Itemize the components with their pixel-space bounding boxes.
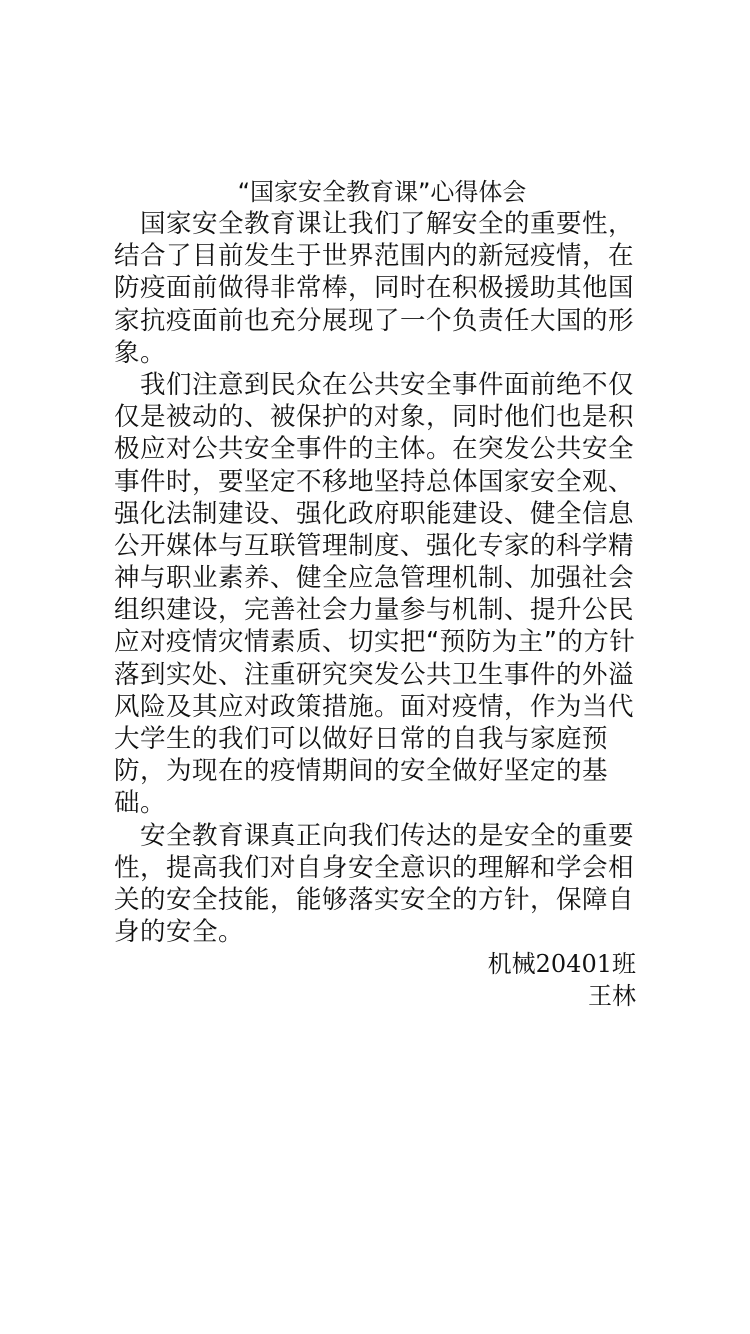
- text-line: 家抗疫面前也充分展现了一个负责任大国的形: [114, 305, 654, 337]
- text-line: 落到实处、注重研究突发公共卫生事件的外溢: [114, 659, 654, 691]
- text-line: 风险及其应对政策措施。面对疫情，作为当代: [114, 691, 654, 723]
- signature-author: 王林: [114, 980, 636, 1012]
- text-line: 组织建设，完善社会力量参与机制、提升公民: [114, 594, 654, 626]
- signature-block: 机械20401班 王林: [114, 948, 654, 1012]
- signature-class: 机械20401班: [114, 948, 636, 980]
- document: “国家安全教育课”心得体会 国家安全教育课让我们了解安全的重要性， 结合了目前发…: [114, 176, 654, 1012]
- text-line: 性，提高我们对自身安全意识的理解和学会相: [114, 852, 654, 884]
- paragraph-2: 我们注意到民众在公共安全事件面前绝不仅 仅是被动的、被保护的对象，同时他们也是积…: [114, 369, 654, 820]
- paragraph-3: 安全教育课真正向我们传达的是安全的重要 性，提高我们对自身安全意识的理解和学会相…: [114, 820, 654, 949]
- text-line: 防，为现在的疫情期间的安全做好坚定的基: [114, 755, 654, 787]
- text-line: 安全教育课真正向我们传达的是安全的重要: [114, 820, 654, 852]
- text-line: 事件时，要坚定不移地坚持总体国家安全观、: [114, 466, 654, 498]
- text-line: 极应对公共安全事件的主体。在突发公共安全: [114, 433, 654, 465]
- text-line: 神与职业素养、健全应急管理机制、加强社会: [114, 562, 654, 594]
- text-line: 仅是被动的、被保护的对象，同时他们也是积: [114, 401, 654, 433]
- text-line: 应对疫情灾情素质、切实把“预防为主”的方针: [114, 626, 654, 658]
- text-line: 身的安全。: [114, 916, 654, 948]
- paragraph-1: 国家安全教育课让我们了解安全的重要性， 结合了目前发生于世界范围内的新冠疫情，在…: [114, 208, 654, 369]
- text-line: 结合了目前发生于世界范围内的新冠疫情，在: [114, 240, 654, 272]
- text-line: 础。: [114, 787, 654, 819]
- text-line: 象。: [114, 337, 654, 369]
- document-title: “国家安全教育课”心得体会: [110, 176, 654, 208]
- text-line: 我们注意到民众在公共安全事件面前绝不仅: [114, 369, 654, 401]
- text-line: 公开媒体与互联管理制度、强化专家的科学精: [114, 530, 654, 562]
- text-line: 大学生的我们可以做好日常的自我与家庭预: [114, 723, 654, 755]
- text-line: 关的安全技能，能够落实安全的方针，保障自: [114, 884, 654, 916]
- text-line: 防疫面前做得非常棒，同时在积极援助其他国: [114, 272, 654, 304]
- text-line: 国家安全教育课让我们了解安全的重要性，: [114, 208, 654, 240]
- text-line: 强化法制建设、强化政府职能建设、健全信息: [114, 498, 654, 530]
